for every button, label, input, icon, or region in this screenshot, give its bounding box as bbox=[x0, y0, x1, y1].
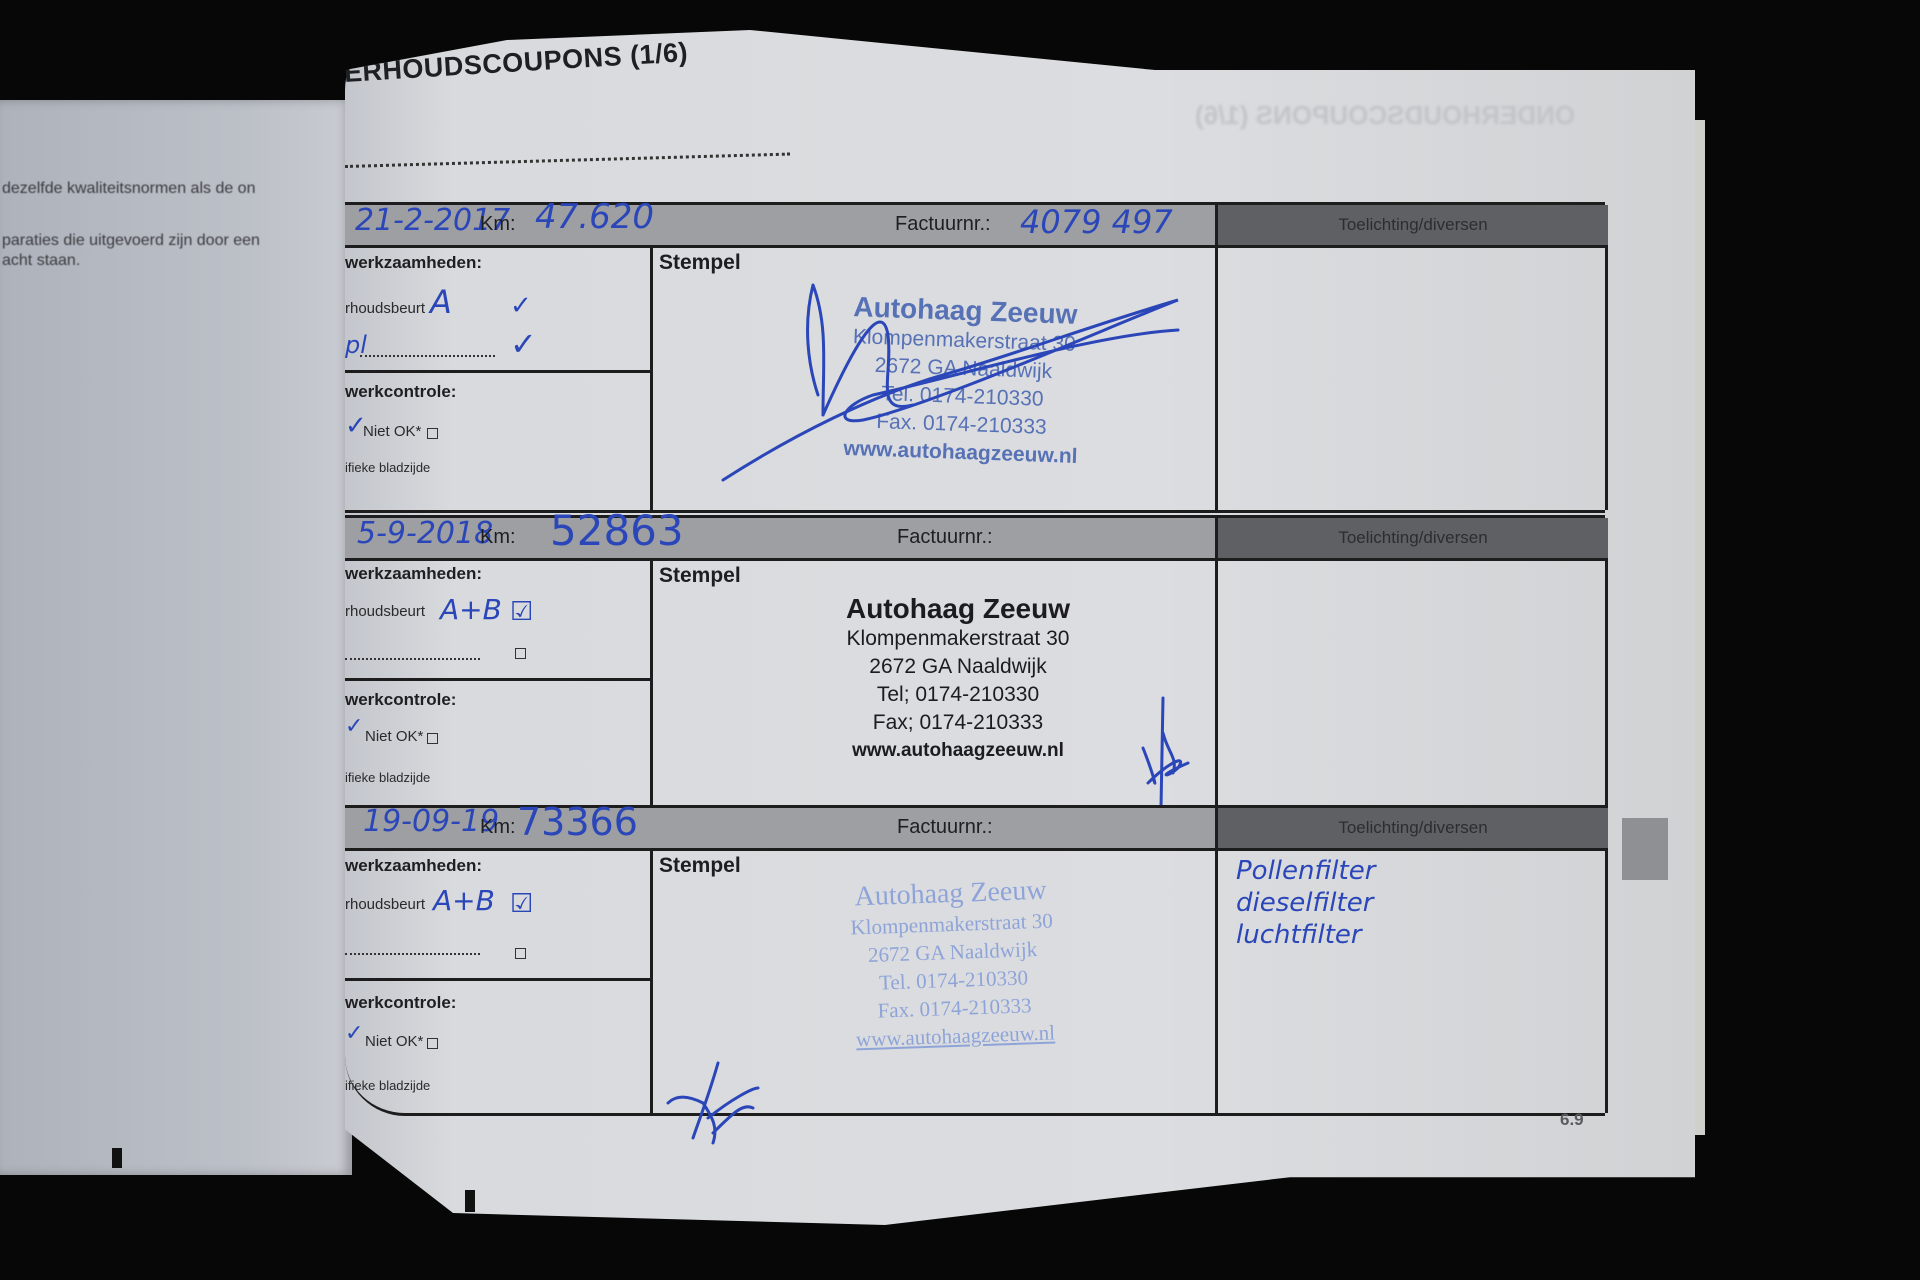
signature-icon bbox=[663, 1058, 783, 1148]
stempel-column: Stempel Autohaag Zeeuw Klompenmakerstraa… bbox=[653, 558, 1213, 808]
signature-icon bbox=[713, 265, 1193, 505]
factuurnr-label: Factuurnr.: bbox=[897, 526, 993, 549]
garage-stamp: Autohaag Zeeuw Klompenmakerstraat 30 267… bbox=[798, 593, 1118, 765]
left-page: dezelfde kwaliteitsnormen als de on para… bbox=[0, 100, 352, 1175]
factuurnr-value: 4079 497 bbox=[1020, 203, 1173, 241]
toelichting-column bbox=[1215, 558, 1608, 808]
check-icon[interactable]: ☑ bbox=[510, 888, 533, 919]
onderhoudsbeurt-label: rhoudsbeurt bbox=[345, 896, 425, 913]
werkzaamheden-label: werkzaamheden: bbox=[345, 253, 482, 273]
coupon-header: 5-9-2018 Km: 52863 Factuurnr.: Toelichti… bbox=[345, 515, 1605, 561]
coupon-header: 19-09-19 Km: 73366 Factuurnr.: Toelichti… bbox=[345, 805, 1605, 851]
stamp-web: www.autohaagzeeuw.nl bbox=[798, 737, 1118, 765]
km-label: Km: bbox=[480, 213, 516, 236]
coupon-body: werkzaamheden: rhoudsbeurt A ✓ pl ✓ werk… bbox=[345, 245, 1605, 513]
date-value: 19-09-19 bbox=[363, 804, 499, 839]
signature-icon bbox=[1133, 693, 1213, 813]
stamp-street: Klompenmakerstraat 30 bbox=[798, 625, 1118, 653]
nawerkcontrole-label: werkcontrole: bbox=[345, 690, 456, 710]
coupon-body: werkzaamheden: rhoudsbeurt A+B ☑ werkcon… bbox=[345, 848, 1605, 1116]
work-column: werkzaamheden: rhoudsbeurt A+B ☑ werkcon… bbox=[345, 558, 653, 808]
check-icon[interactable]: ✓ bbox=[510, 325, 537, 363]
bladzijde-note: ifieke bladzijde bbox=[345, 770, 430, 785]
stamp-city: 2672 GA Naaldwijk bbox=[798, 653, 1118, 681]
toelichting-column: Pollenfilter dieselfilter luchtfilter bbox=[1215, 848, 1608, 1113]
km-value: 52863 bbox=[550, 506, 684, 555]
niet-ok-checkbox[interactable] bbox=[427, 1038, 438, 1049]
nawerkcontrole-label: werkcontrole: bbox=[345, 993, 456, 1013]
extra-checkbox[interactable] bbox=[515, 648, 526, 659]
onderhoudsbeurt-label: rhoudsbeurt bbox=[345, 603, 425, 620]
km-label: Km: bbox=[480, 816, 516, 839]
toelichting-header: Toelichting/diversen bbox=[1215, 205, 1608, 245]
check-icon[interactable]: ✓ bbox=[345, 1020, 363, 1046]
niet-ok-checkbox[interactable] bbox=[427, 733, 438, 744]
divider bbox=[345, 370, 650, 373]
right-page: ERHOUDSCOUPONS (1/6) ONDERHOUDSCOUPONS (… bbox=[345, 30, 1695, 1225]
garage-stamp: Autohaag Zeeuw Klompenmakerstraat 30 267… bbox=[790, 872, 1116, 1055]
bladzijde-note: ifieke bladzijde bbox=[345, 1078, 430, 1093]
coupon-3: 19-09-19 Km: 73366 Factuurnr.: Toelichti… bbox=[345, 805, 1605, 1145]
dotted-field bbox=[345, 953, 480, 955]
onderhoudsbeurt-value: A+B bbox=[433, 884, 495, 917]
toelichting-line: Pollenfilter bbox=[1236, 856, 1375, 886]
coupon-2: 5-9-2018 Km: 52863 Factuurnr.: Toelichti… bbox=[345, 515, 1605, 815]
check-icon[interactable]: ✓ bbox=[510, 290, 532, 321]
onderhoudsbeurt-value: A bbox=[430, 283, 452, 321]
onderhoudsbeurt-label: rhoudsbeurt bbox=[345, 300, 425, 317]
page-number: 6.9 bbox=[1560, 1110, 1584, 1130]
werkzaamheden-label: werkzaamheden: bbox=[345, 564, 482, 584]
work-column: werkzaamheden: rhoudsbeurt A+B ☑ werkcon… bbox=[345, 848, 653, 1113]
check-icon[interactable]: ✓ bbox=[345, 713, 363, 739]
coupon-body: werkzaamheden: rhoudsbeurt A+B ☑ werkcon… bbox=[345, 558, 1605, 811]
dotted-field bbox=[360, 355, 495, 357]
stempel-label: Stempel bbox=[659, 564, 741, 588]
stempel-column: Stempel Autohaag Zeeuw Klompenmakerstraa… bbox=[653, 848, 1213, 1113]
work-column: werkzaamheden: rhoudsbeurt A ✓ pl ✓ werk… bbox=[345, 245, 653, 510]
dotted-line bbox=[345, 153, 790, 168]
toelichting-header: Toelichting/diversen bbox=[1215, 518, 1608, 558]
km-value: 47.620 bbox=[535, 197, 654, 237]
dotted-field bbox=[345, 658, 480, 660]
page-title: ERHOUDSCOUPONS (1/6) bbox=[343, 37, 689, 89]
coupon-header: 21-2-2017 Km: 47.620 Factuurnr.: 4079 49… bbox=[345, 202, 1605, 248]
page-edge-mark bbox=[112, 1148, 122, 1168]
stamp-fax: Fax; 0174-210333 bbox=[798, 709, 1118, 737]
left-page-text-line: paraties die uitgevoerd zijn door een bbox=[2, 232, 260, 250]
check-icon[interactable]: ☑ bbox=[510, 596, 533, 627]
onderhoudsbeurt-value: A+B bbox=[440, 593, 502, 626]
bladzijde-note: ifieke bladzijde bbox=[345, 460, 430, 475]
km-label: Km: bbox=[480, 526, 516, 549]
toelichting-column bbox=[1215, 245, 1608, 510]
factuurnr-label: Factuurnr.: bbox=[895, 213, 991, 236]
toelichting-line: dieselfilter bbox=[1236, 888, 1373, 918]
page-edge-mark bbox=[465, 1190, 475, 1212]
stempel-column: Stempel Autohaag Zeeuw Klompenmakerstraa… bbox=[653, 245, 1213, 510]
coupon-1: 21-2-2017 Km: 47.620 Factuurnr.: 4079 49… bbox=[345, 202, 1605, 532]
km-value: 73366 bbox=[517, 800, 638, 844]
divider bbox=[345, 978, 650, 981]
stamp-name: Autohaag Zeeuw bbox=[798, 593, 1118, 625]
niet-ok-label: Niet OK* bbox=[365, 728, 423, 745]
left-page-text-line: dezelfde kwaliteitsnormen als de on bbox=[2, 180, 255, 198]
left-page-text-line: acht staan. bbox=[2, 252, 80, 270]
extra-checkbox[interactable] bbox=[515, 948, 526, 959]
section-tab bbox=[1622, 818, 1668, 880]
niet-ok-label: Niet OK* bbox=[365, 1033, 423, 1050]
show-through-title: ONDERHOUDSCOUPONS (1/6) bbox=[1195, 100, 1575, 131]
niet-ok-checkbox[interactable] bbox=[427, 428, 438, 439]
date-value: 5-9-2018 bbox=[357, 516, 493, 551]
stempel-label: Stempel bbox=[659, 854, 741, 878]
nawerkcontrole-label: werkcontrole: bbox=[345, 382, 456, 402]
toelichting-line: luchtfilter bbox=[1236, 920, 1362, 950]
factuurnr-label: Factuurnr.: bbox=[897, 816, 993, 839]
toelichting-header: Toelichting/diversen bbox=[1215, 808, 1608, 848]
niet-ok-label: Niet OK* bbox=[363, 423, 421, 440]
divider bbox=[345, 678, 650, 681]
werkzaamheden-label: werkzaamheden: bbox=[345, 856, 482, 876]
stamp-tel: Tel; 0174-210330 bbox=[798, 681, 1118, 709]
